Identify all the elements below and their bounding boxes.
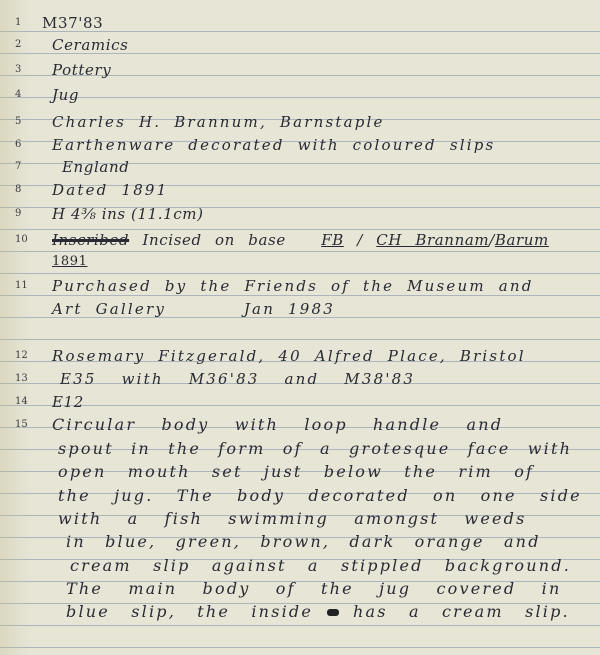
entry-number: 5	[15, 111, 35, 133]
maker-mark-3: Barum	[495, 231, 549, 249]
ink-blot	[327, 609, 339, 616]
maker-mark-2: CH Brannam	[376, 231, 489, 249]
entry-number: 14	[15, 391, 35, 413]
entry-number: 10	[15, 229, 35, 251]
description-line: open mouth set just below the rim of	[58, 461, 534, 483]
maker-mark-1: FB	[321, 231, 344, 249]
entry-text: England	[62, 156, 129, 178]
description-line: cream slip against a stippled background…	[70, 555, 571, 577]
entry-text: Earthenware decorated with coloured slip…	[52, 134, 495, 156]
entry-number: 9	[15, 203, 35, 225]
description-line: the jug. The body decorated on one side	[58, 485, 582, 507]
ruled-paper-page: 1 M37'83 2 Ceramics 3 Pottery 4 Jug 5 Ch…	[0, 0, 600, 655]
entry-number: 3	[15, 59, 35, 81]
entry-number: 6	[15, 134, 35, 156]
entry-text: H 4⅜ ins (11.1cm)	[52, 203, 204, 225]
description-line: has a cream slip.	[353, 602, 570, 621]
description-line: with a fish swimming amongst weeds	[58, 508, 527, 530]
entry-text: Jug	[52, 84, 79, 106]
struck-word: Inscribed	[52, 231, 129, 249]
entry-text: Art Gallery Jan 1983	[52, 298, 335, 320]
entry-text: 1891	[52, 251, 87, 273]
entry-text: Dated 1891	[52, 179, 168, 201]
entry-number: 8	[15, 179, 35, 201]
entry-number: 11	[15, 275, 35, 297]
entry-text: Purchased by the Friends of the Museum a…	[52, 275, 534, 297]
entry-number: 7	[15, 156, 35, 178]
entry-text: Incised on base	[143, 231, 286, 249]
entry-number: 1	[15, 12, 35, 34]
description-line: in blue, green, brown, dark orange and	[66, 531, 541, 553]
entry-text: Pottery	[52, 59, 111, 81]
entry-text: E12	[52, 391, 84, 413]
accession-number: M37'83	[42, 12, 103, 34]
entry-number: 4	[15, 84, 35, 106]
entry-number: 15	[15, 414, 35, 436]
entry-number: 2	[15, 34, 35, 56]
description-line: The main body of the jug covered in	[66, 578, 561, 600]
entry-number: 12	[15, 345, 35, 367]
entry-text: E35 with M36'83 and M38'83	[60, 368, 415, 390]
entry-text: Charles H. Brannum, Barnstaple	[52, 111, 385, 133]
separator: /	[357, 231, 363, 249]
entry-number: 13	[15, 368, 35, 390]
description-line: blue slip, the inside	[66, 602, 313, 621]
description-line: spout in the form of a grotesque face wi…	[58, 438, 572, 460]
entry-text: Ceramics	[52, 34, 128, 56]
description-line: Circular body with loop handle and	[52, 414, 503, 436]
entry-text: Rosemary Fitzgerald, 40 Alfred Place, Br…	[52, 345, 526, 367]
